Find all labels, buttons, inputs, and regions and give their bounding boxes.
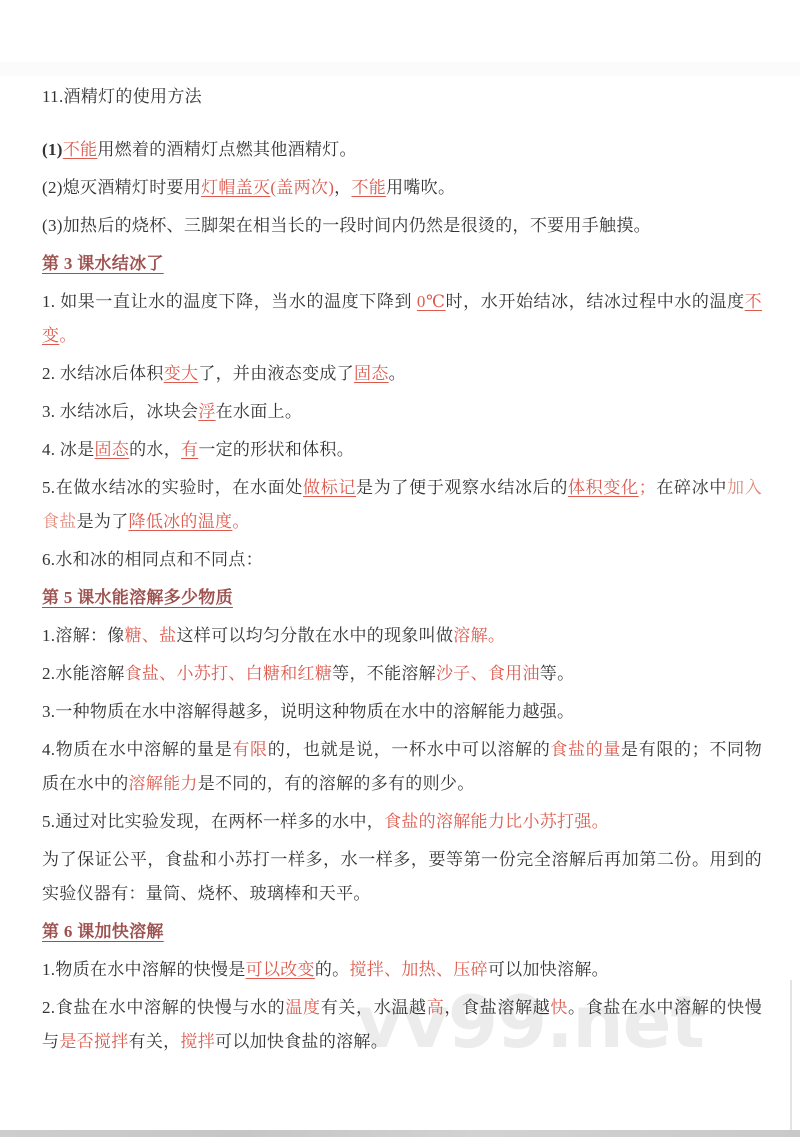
text-segment: 温度 — [285, 998, 320, 1017]
text-segment: 第 3 课水结冰了 — [42, 254, 164, 273]
text-segment: 是为了 — [77, 512, 129, 531]
text-segment: 是否搅拌 — [59, 1032, 128, 1051]
text-segment: 搅拌 — [180, 1032, 215, 1051]
text-segment: 1.溶解：像 — [42, 626, 125, 645]
paragraph: 3. 水结冰后，冰块会浮在水面上。 — [42, 395, 762, 429]
text-segment: 有关，水温越 — [321, 998, 427, 1017]
text-segment: 食盐的量 — [550, 740, 621, 759]
text-segment: 是为了便于观察水结冰后的 — [356, 478, 568, 497]
document-page: vv99.net 11.酒精灯的使用方法(1)不能用燃着的酒精灯点燃其他酒精灯。… — [0, 0, 800, 1137]
text-segment: 2.食盐在水中溶解的快慢与水的 — [42, 998, 285, 1017]
paragraph: 3.一种物质在水中溶解得越多，说明这种物质在水中的溶解能力越强。 — [42, 695, 762, 729]
text-segment: 可以加快溶解。 — [488, 960, 609, 979]
text-segment: 溶解。 — [453, 626, 505, 645]
text-segment: 灯帽盖灭 — [201, 178, 270, 197]
text-segment: (盖两次) — [270, 178, 334, 197]
text-segment: 浮 — [198, 402, 215, 421]
text-segment: 一定的形状和体积。 — [198, 440, 354, 459]
text-segment: 。 — [59, 326, 76, 345]
paragraph: 2. 水结冰后体积变大了，并由液态变成了固态。 — [42, 357, 762, 391]
paragraph: (2)熄灭酒精灯时要用灯帽盖灭(盖两次)，不能用嘴吹。 — [42, 171, 762, 205]
text-segment: ，食盐溶解越 — [444, 998, 550, 1017]
text-segment: ； — [639, 478, 656, 497]
text-segment: 的水， — [129, 440, 181, 459]
paragraph: 4. 冰是固态的水，有一定的形状和体积。 — [42, 433, 762, 467]
text-segment: (1) — [42, 140, 63, 159]
text-segment: 可以加快食盐的溶解。 — [215, 1032, 388, 1051]
paragraph: 2.食盐在水中溶解的快慢与水的温度有关，水温越高，食盐溶解越快。食盐在水中溶解的… — [42, 991, 762, 1059]
text-segment: 3.一种物质在水中溶解得越多，说明这种物质在水中的溶解能力越强。 — [42, 702, 574, 721]
text-segment: 时，水开始结冰，结冰过程中水的温度 — [446, 292, 745, 311]
text-segment: 的，也就是说，一杯水中可以溶解的 — [268, 740, 551, 759]
paragraph: 6.水和冰的相同点和不同点： — [42, 543, 762, 577]
text-segment: 有 — [181, 440, 198, 459]
text-segment: 沙子、食用油 — [436, 664, 540, 683]
text-segment: 2.水能溶解 — [42, 664, 125, 683]
section-heading: 第 5 课水能溶解多少物质 — [42, 581, 762, 615]
text-segment: ， — [334, 178, 351, 197]
paragraph: 1.物质在水中溶解的快慢是可以改变的。搅拌、加热、压碎可以加快溶解。 — [42, 953, 762, 987]
text-segment: 不能 — [63, 140, 98, 159]
page-bottom-edge — [0, 1130, 800, 1137]
text-segment: 是不同的，有的溶解的多有的则少。 — [198, 774, 475, 793]
text-segment: (3)加热后的烧杯、三脚架在相当长的一段时间内仍然是很烫的，不要用手触摸。 — [42, 216, 651, 235]
text-segment: 搅拌、加热、压碎 — [349, 960, 487, 979]
text-segment: 固态 — [354, 364, 389, 383]
text-segment: 1. 如果一直让水的温度下降，当水的温度下降到 — [42, 292, 417, 311]
paragraph: 2.水能溶解食盐、小苏打、白糖和红糖等，不能溶解沙子、食用油等。 — [42, 657, 762, 691]
text-segment: 降低冰的温度 — [129, 512, 233, 531]
text-segment: 。 — [232, 512, 249, 531]
section-heading: 第 3 课水结冰了 — [42, 247, 762, 281]
text-segment: 3. 水结冰后，冰块会 — [42, 402, 198, 421]
page-right-edge — [790, 980, 792, 1130]
text-segment: 2. 水结冰后体积 — [42, 364, 164, 383]
paragraph: 5.通过对比实验发现，在两杯一样多的水中，食盐的溶解能力比小苏打强。 — [42, 805, 762, 839]
text-segment: 有限 — [232, 740, 267, 759]
paragraph: 1.溶解：像糖、盐这样可以均匀分散在水中的现象叫做溶解。 — [42, 619, 762, 653]
text-segment: 第 6 课加快溶解 — [42, 922, 164, 941]
text-segment: 的。 — [315, 960, 350, 979]
text-segment: 第 5 课水能溶解多少物质 — [42, 588, 233, 607]
paragraph: 4.物质在水中溶解的量是有限的，也就是说，一杯水中可以溶解的食盐的量是有限的；不… — [42, 733, 762, 801]
text-segment: 食盐、小苏打、白糖和红糖 — [125, 664, 333, 683]
text-segment: 高 — [427, 998, 445, 1017]
text-segment: 这样可以均匀分散在水中的现象叫做 — [176, 626, 453, 645]
text-segment: 有关， — [129, 1032, 181, 1051]
text-segment: 在水面上。 — [216, 402, 303, 421]
text-segment: 在碎冰中 — [656, 478, 727, 497]
text-segment: 0℃ — [417, 292, 446, 311]
paragraph: (3)加热后的烧杯、三脚架在相当长的一段时间内仍然是很烫的，不要用手触摸。 — [42, 209, 762, 243]
text-segment: 变大 — [164, 364, 199, 383]
text-segment: 等，不能溶解 — [332, 664, 436, 683]
text-segment: 。 — [389, 364, 406, 383]
text-segment: 4.物质在水中溶解的量是 — [42, 740, 232, 759]
text-segment: 用燃着的酒精灯点燃其他酒精灯。 — [97, 140, 357, 159]
text-segment: 6.水和冰的相同点和不同点： — [42, 550, 263, 569]
paragraph: (1)不能用燃着的酒精灯点燃其他酒精灯。 — [42, 133, 762, 167]
text-segment: 5.通过对比实验发现，在两杯一样多的水中， — [42, 812, 384, 831]
text-segment: 不能 — [351, 178, 386, 197]
paragraph: 5.在做水结冰的实验时，在水面处做标记是为了便于观察水结冰后的体积变化；在碎冰中… — [42, 471, 762, 539]
text-segment: 1.物质在水中溶解的快慢是 — [42, 960, 246, 979]
text-segment: 溶解能力 — [129, 774, 198, 793]
section-heading: 第 6 课加快溶解 — [42, 915, 762, 949]
document-content: 11.酒精灯的使用方法(1)不能用燃着的酒精灯点燃其他酒精灯。(2)熄灭酒精灯时… — [42, 80, 762, 1063]
paragraph: 11.酒精灯的使用方法 — [42, 80, 762, 114]
text-segment: 做标记 — [303, 478, 356, 497]
text-segment: 固态 — [95, 440, 130, 459]
text-segment: 11.酒精灯的使用方法 — [42, 87, 202, 106]
text-segment: 5.在做水结冰的实验时，在水面处 — [42, 478, 303, 497]
text-segment: (2)熄灭酒精灯时要用 — [42, 178, 201, 197]
paragraph: 为了保证公平，食盐和小苏打一样多，水一样多，要等第一份完全溶解后再加第二份。用到… — [42, 843, 762, 911]
paragraph: 1. 如果一直让水的温度下降，当水的温度下降到 0℃时，水开始结冰，结冰过程中水… — [42, 285, 762, 353]
page-top-shading — [0, 62, 800, 76]
text-segment: 糖、盐 — [125, 626, 177, 645]
text-segment: 可以改变 — [246, 960, 315, 979]
text-segment: 用嘴吹。 — [386, 178, 455, 197]
text-segment: 等。 — [540, 664, 575, 683]
text-segment: 为了保证公平，食盐和小苏打一样多，水一样多，要等第一份完全溶解后再加第二份。用到… — [42, 850, 762, 903]
text-segment: 快 — [550, 998, 568, 1017]
text-segment: 4. 冰是 — [42, 440, 95, 459]
text-segment: 体积变化 — [568, 478, 639, 497]
text-segment: 食盐的溶解能力比小苏打强。 — [384, 812, 609, 831]
text-segment: 了，并由液态变成了 — [198, 364, 354, 383]
